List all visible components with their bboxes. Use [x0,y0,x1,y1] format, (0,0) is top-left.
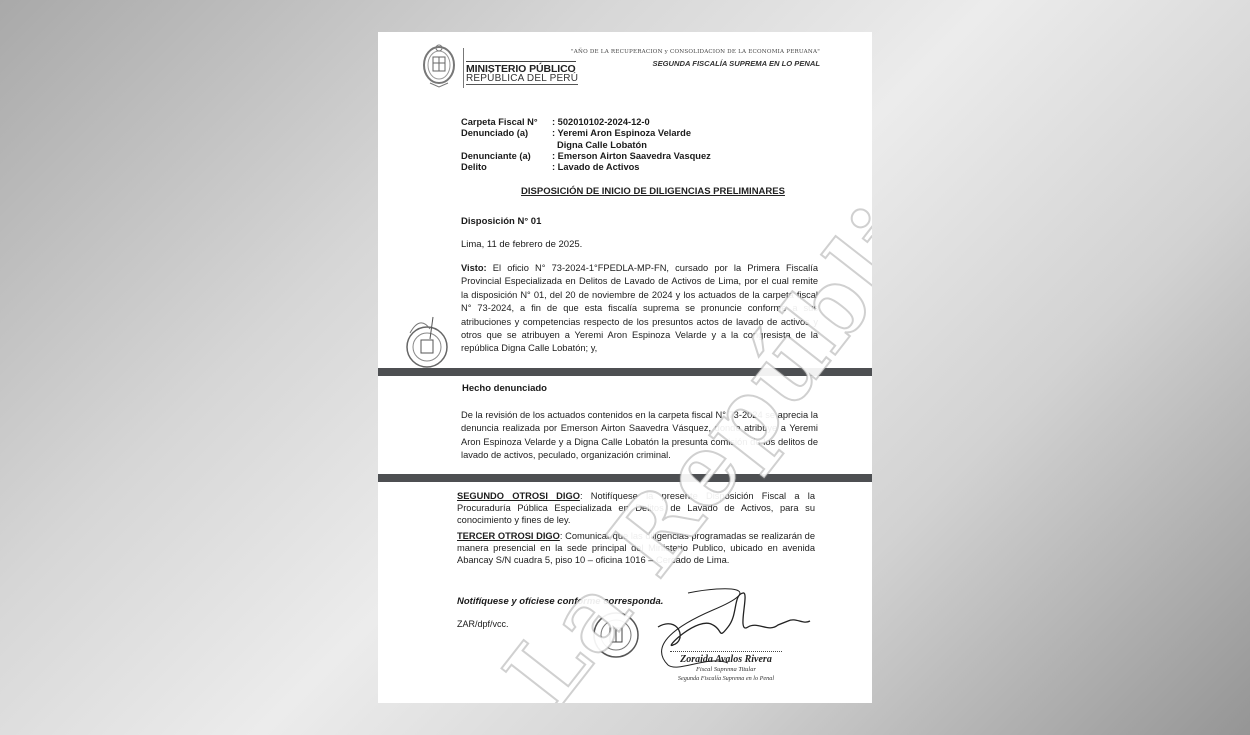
meta-label [461,140,552,151]
redaction-bar [378,368,872,376]
segundo-otrosi-label: SEGUNDO OTROSI DIGO [457,491,580,501]
visto-label: Visto: [461,263,487,273]
meta-value: Digna Calle Lobatón [552,140,647,151]
meta-row: Denunciante (a): Emerson Airton Saavedra… [461,151,711,162]
signer-office: Segunda Fiscalía Suprema en lo Penal [660,675,792,682]
tercer-otrosi-paragraph: TERCER OTROSI DIGO: Comunicar que las di… [457,531,815,566]
disposition-number: Disposición N° 01 [461,216,541,227]
tercer-otrosi-label: TERCER OTROSI DIGO [457,531,560,541]
meta-row: Digna Calle Lobatón [461,140,711,151]
meta-value: : 502010102-2024-12-0 [552,117,650,128]
visto-paragraph: Visto: El oficio N° 73-2024-1°FPEDLA-MP-… [461,262,818,356]
signer-role: Fiscal Suprema Titular [670,666,782,673]
meta-label: Carpeta Fiscal N° [461,117,552,128]
redaction-bar [378,474,872,482]
official-seal-icon [400,315,454,369]
case-metadata: Carpeta Fiscal N°: 502010102-2024-12-0 D… [461,117,711,173]
section-heading: Hecho denunciado [462,383,547,394]
meta-label: Delito [461,162,552,173]
meta-row: Carpeta Fiscal N°: 502010102-2024-12-0 [461,117,711,128]
meta-value: : Lavado de Activos [552,162,639,173]
document-page: MINISTERIO PÚBLICO REPÚBLICA DEL PERÚ "A… [378,32,872,703]
meta-row: Delito: Lavado de Activos [461,162,711,173]
document-title: DISPOSICIÓN DE INICIO DE DILIGENCIAS PRE… [378,186,872,197]
coat-of-arms-icon [420,43,458,89]
logo-divider [463,48,464,88]
year-motto: "AÑO DE LA RECUPERACION y CONSOLIDACION … [571,49,820,55]
hecho-paragraph: De la revisión de los actuados contenido… [461,409,818,463]
meta-label: Denunciante (a) [461,151,552,162]
reference-initials: ZAR/dpf/vcc. [457,619,509,629]
document-date: Lima, 11 de febrero de 2025. [461,239,582,250]
segundo-otrosi-paragraph: SEGUNDO OTROSI DIGO: Notifíquese la pres… [457,491,815,526]
meta-label: Denunciado (a) [461,128,552,139]
signer-name: Zoraida Avalos Rivera [670,651,782,665]
meta-row: Denunciado (a): Yeremi Aron Espinoza Vel… [461,128,711,139]
office-name: SEGUNDA FISCALÍA SUPREMA EN LO PENAL [653,59,821,68]
meta-value: : Yeremi Aron Espinoza Velarde [552,128,691,139]
visto-text: El oficio N° 73-2024-1°FPEDLA-MP-FN, cur… [461,263,818,353]
institution-country: REPÚBLICA DEL PERÚ [466,73,578,85]
meta-value: : Emerson Airton Saavedra Vasquez [552,151,711,162]
